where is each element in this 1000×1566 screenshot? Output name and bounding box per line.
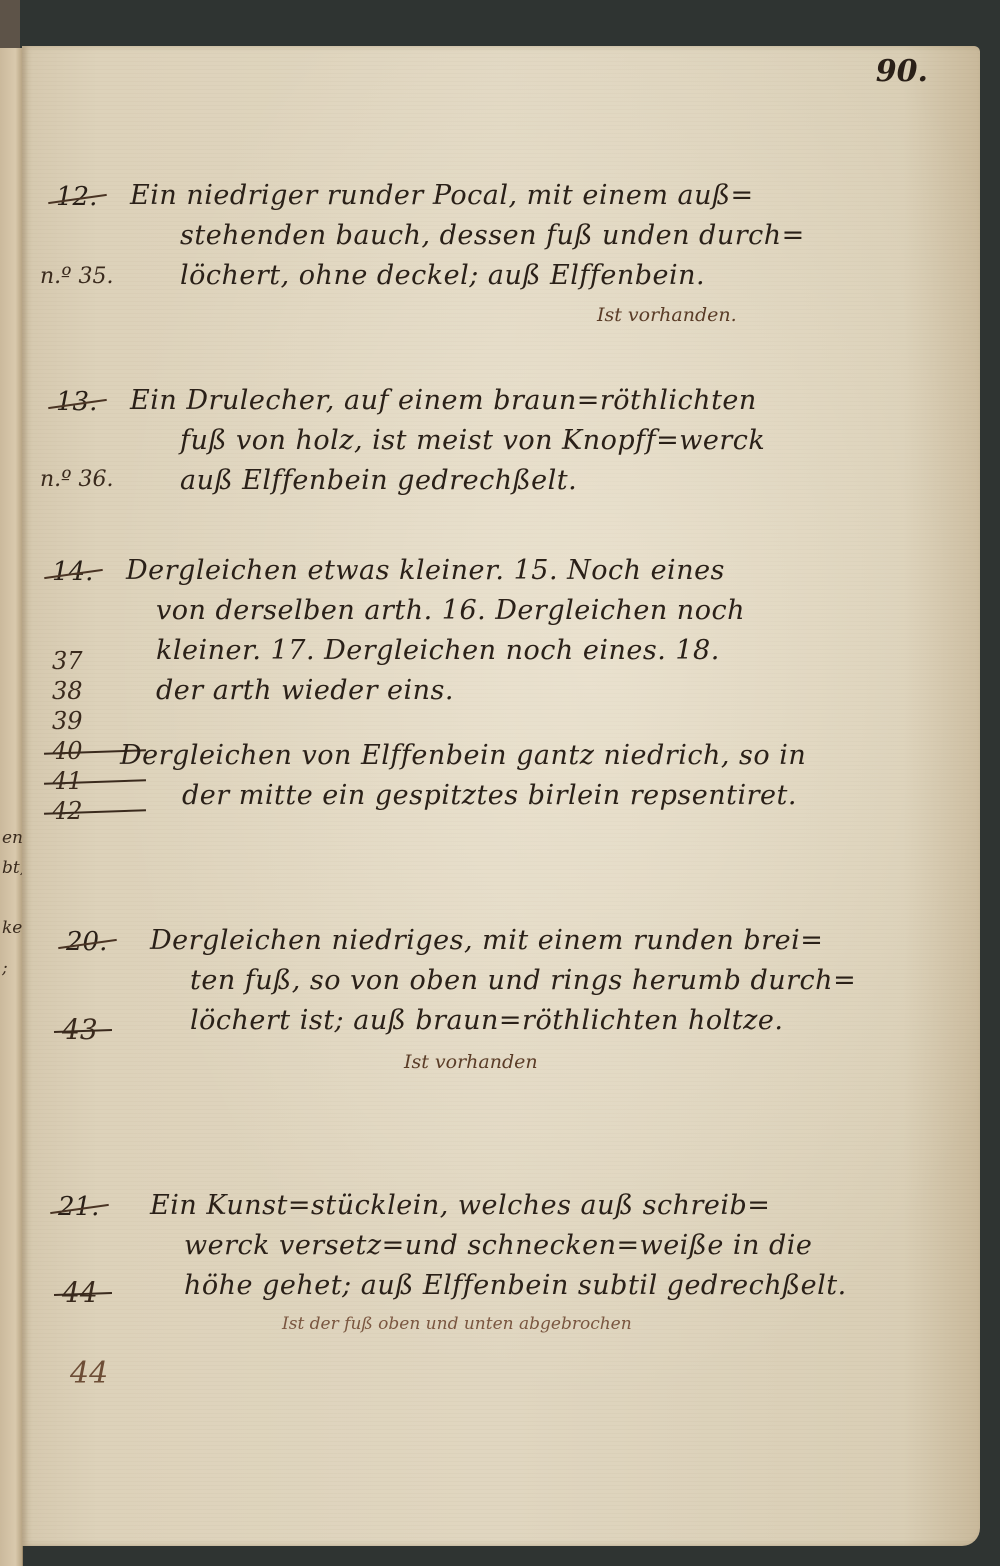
previous-page-edge: en bt, ke ; bbox=[0, 48, 23, 1566]
entry-line: von derselben arth. 16. Dergleichen noch bbox=[126, 591, 745, 631]
inventory-number: 37 bbox=[52, 646, 132, 676]
entry-line: der mitte ein gespitztes birlein repsent… bbox=[120, 776, 806, 816]
item-number: 20. bbox=[66, 927, 107, 957]
entry-line: Dergleichen von Elffenbein gantz niedric… bbox=[120, 736, 806, 776]
item-number: 12. bbox=[56, 182, 97, 212]
inventory-number: 38 bbox=[52, 676, 132, 706]
inventory-number: 44 bbox=[62, 1276, 98, 1309]
folio-number: 90. bbox=[876, 54, 928, 89]
corrected-inventory-number: 44 bbox=[70, 1356, 108, 1391]
condition-note: Ist der fuß oben und unten abgebrochen bbox=[282, 1314, 632, 1334]
entry-text: Ein Kunst=stücklein, welches auß schreib… bbox=[150, 1186, 847, 1306]
inventory-number: 43 bbox=[62, 1013, 98, 1046]
entry-line: kleiner. 17. Dergleichen noch eines. 18. bbox=[126, 631, 745, 671]
entry-line: höhe gehet; auß Elffenbein subtil gedrec… bbox=[150, 1266, 847, 1306]
inventory-number: n.º 36. bbox=[40, 467, 114, 492]
entry-line: Ein Kunst=stücklein, welches auß schreib… bbox=[150, 1186, 847, 1226]
entry-text: Ein niedriger runder Pocal, mit einem au… bbox=[130, 176, 805, 296]
manuscript-page: 90. 12. n.º 35. Ein niedriger runder Poc… bbox=[22, 46, 980, 1546]
entry-line: löchert, ohne deckel; auß Elffenbein. bbox=[130, 256, 805, 296]
prev-page-fragment: ; bbox=[2, 958, 8, 978]
item-number: 14. bbox=[52, 557, 93, 587]
entry-text: Dergleichen etwas kleiner. 15. Noch eine… bbox=[126, 551, 745, 711]
entry-line: ten fuß, so von oben und rings herumb du… bbox=[150, 961, 856, 1001]
status-note: Ist vorhanden bbox=[404, 1051, 538, 1073]
inventory-number: 39 bbox=[52, 706, 132, 736]
entry-text: Dergleichen niedriges, mit einem runden … bbox=[150, 921, 856, 1041]
prev-page-fragment: ke bbox=[2, 918, 22, 938]
prev-page-fragment: en bbox=[2, 828, 23, 848]
entry-text: Dergleichen von Elffenbein gantz niedric… bbox=[120, 736, 806, 816]
entry-line: stehenden bauch, dessen fuß unden durch= bbox=[130, 216, 805, 256]
entry-line: löchert ist; auß braun=röthlichten holtz… bbox=[150, 1001, 856, 1041]
binding-edge bbox=[0, 0, 20, 48]
entry-line: werck versetz=und schnecken=weiße in die bbox=[150, 1226, 847, 1266]
entry-line: Dergleichen niedriges, mit einem runden … bbox=[150, 921, 856, 961]
inventory-number: n.º 35. bbox=[40, 264, 114, 289]
entry-line: fuß von holz, ist meist von Knopff=werck bbox=[130, 421, 765, 461]
entry-line: der arth wieder eins. bbox=[126, 671, 745, 711]
item-number: 13. bbox=[56, 387, 97, 417]
item-number: 21. bbox=[58, 1192, 99, 1222]
entry-line: Dergleichen etwas kleiner. 15. Noch eine… bbox=[126, 551, 745, 591]
entry-text: Ein Drulecher, auf einem braun=röthlicht… bbox=[130, 381, 765, 501]
entry-line: Ein niedriger runder Pocal, mit einem au… bbox=[130, 176, 805, 216]
status-note: Ist vorhanden. bbox=[597, 304, 737, 326]
entry-line: auß Elffenbein gedrechßelt. bbox=[130, 461, 765, 501]
entry-line: Ein Drulecher, auf einem braun=röthlicht… bbox=[130, 381, 765, 421]
